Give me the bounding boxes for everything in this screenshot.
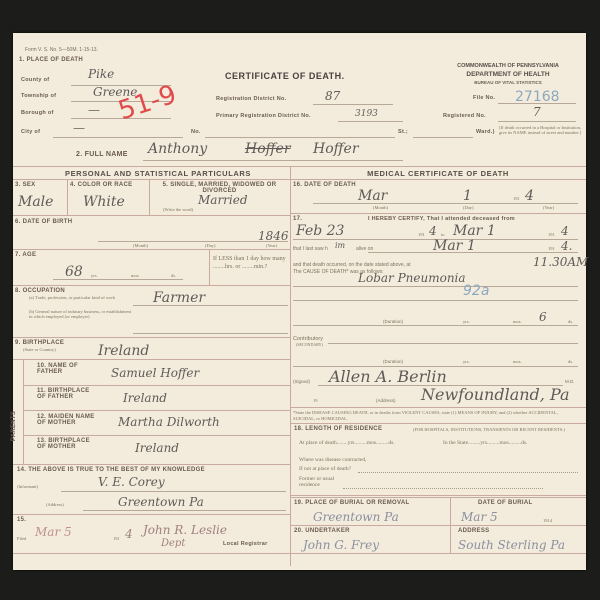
death-occurred-text: and that death occurred, on the date sta… <box>293 262 411 268</box>
registered-no-label: Registered No. <box>443 113 486 119</box>
marital-hint: (Write the word) <box>163 207 193 212</box>
sex-label: 3. SEX <box>15 182 35 188</box>
occupation-label: 8. OCCUPATION <box>15 288 65 294</box>
contributory-hint: (SECONDARY) <box>296 342 323 347</box>
year-prefix-3: 191 <box>548 246 555 251</box>
undertaker-value: John G. Frey <box>303 538 379 552</box>
personal-section-title: PERSONAL AND STATISTICAL PARTICULARS <box>33 169 283 178</box>
filed-year-suffix: 4 <box>125 527 133 541</box>
certificate-title: CERTIFICATE OF DEATH. <box>225 71 345 81</box>
registered-no-value: 7 <box>533 105 541 119</box>
duration-ds-2: ds. <box>568 359 573 364</box>
registration-district-label: Registration District No. <box>216 96 286 102</box>
death-time: 11.30AM <box>533 255 588 269</box>
father-birthplace-value: Ireland <box>123 391 167 405</box>
not-place-of-death: If not at place of death? <box>299 466 351 472</box>
local-registrar-label: Local Registrar <box>223 541 268 547</box>
father-name-value: Samuel Hoffer <box>111 366 199 380</box>
filed-number: 15. <box>17 517 26 523</box>
medical-section-title: MEDICAL CERTIFICATE OF DEATH <box>298 169 578 178</box>
mother-birthplace-label: 13. BIRTHPLACE OF MOTHER <box>37 438 97 450</box>
age-mos-label: mos. <box>131 273 140 278</box>
dod-year-label: (Year) <box>543 205 554 210</box>
duration-days: 6 <box>539 310 547 324</box>
father-name-label: 10. NAME OF FATHER <box>37 363 97 375</box>
last-saw-text: that I last saw h <box>293 246 328 252</box>
age-yrs-label: yrs. <box>91 273 98 278</box>
dod-month-label: (Month) <box>373 205 388 210</box>
dob-year-label: (Year) <box>266 243 277 248</box>
dob-year: 1846 <box>258 229 289 243</box>
race-value: White <box>83 194 125 210</box>
county-label: County of <box>21 77 49 83</box>
burial-date-label: DATE OF BURIAL <box>478 500 532 506</box>
informant-statement: 14. THE ABOVE IS TRUE TO THE BEST OF MY … <box>17 467 205 473</box>
father-birthplace-label: 11. BIRTHPLACE OF FATHER <box>37 388 97 400</box>
dod-day-label: (Day) <box>463 205 474 210</box>
background-top <box>0 0 600 33</box>
duration-ds-1: ds. <box>568 319 573 324</box>
duration-mos-2: mos. <box>513 359 522 364</box>
st-label: St.; <box>398 129 408 135</box>
filed-year-prefix: 191 <box>113 536 120 541</box>
md-label: M.D. <box>565 379 575 384</box>
year-prefix-1: 191 <box>418 232 425 237</box>
age-ds-label: ds. <box>171 273 176 278</box>
mother-birthplace-value: Ireland <box>135 441 179 455</box>
township-label: Township of <box>21 93 56 99</box>
informant-address-value: Greentown Pa <box>118 495 204 509</box>
dod-year-suffix: 4 <box>525 188 534 204</box>
duration-yrs-1: yrs. <box>463 319 470 324</box>
last-saw-him: im <box>335 241 345 250</box>
duration-label-1: (Duration) <box>383 319 403 324</box>
agency-line-2: DEPARTMENT OF HEALTH <box>433 71 583 78</box>
borough-value: — <box>88 103 100 117</box>
birthplace-hint: (State or Country) <box>23 347 56 352</box>
sex-value: Male <box>18 194 53 210</box>
dob-label: 6. DATE OF BIRTH <box>15 219 72 225</box>
registration-district-value: 87 <box>325 89 340 103</box>
physician-address-label: (Address) <box>376 398 396 403</box>
place-of-death-label: 1. PLACE OF DEATH <box>19 57 83 63</box>
duration-label-2: (Duration) <box>383 359 403 364</box>
attended-to: Mar 1 <box>453 223 496 239</box>
primary-district-label: Primary Registration District No. <box>216 113 311 119</box>
city-label: City of <box>21 129 40 135</box>
filed-date: Mar 5 <box>35 525 72 539</box>
cause-footnote: *State the DISEASE CAUSING DEATH, or in … <box>293 410 581 421</box>
form-number: Form V. S. No. 5—50M. 1-15-13. <box>25 47 98 53</box>
marital-value: Married <box>198 193 248 207</box>
county-value: Pike <box>88 67 114 81</box>
hospital-note: [If death occurred in a Hospital or Inst… <box>499 125 581 135</box>
ward-label: Ward.) <box>476 129 495 135</box>
in-the-state: In the State.........yrs.........mos....… <box>443 440 578 446</box>
residence-hint: (FOR HOSPITALS, INSTITUTIONS, TRANSIENTS… <box>413 427 578 432</box>
file-no-label: File No. <box>473 95 495 101</box>
year-19: 19 <box>313 398 318 403</box>
occupation-value: Farmer <box>153 290 205 306</box>
certify-number: 17. <box>293 216 302 222</box>
dod-label: 16. DATE OF DEATH <box>293 182 356 188</box>
attended-from-year: 4 <box>429 224 437 238</box>
mother-name-value: Martha Dilworth <box>118 415 220 429</box>
full-name-label: 2. FULL NAME <box>76 151 128 158</box>
dob-day-label: (Day) <box>205 243 216 248</box>
signed-label: (Signed) <box>293 379 310 384</box>
death-certificate: Form V. S. No. 5—50M. 1-15-13. 1. PLACE … <box>13 33 586 570</box>
last-saw-year: 4. <box>561 239 572 253</box>
burial-date-value: Mar 5 <box>461 510 498 524</box>
mother-name-label: 12. MAIDEN NAME OF MOTHER <box>37 414 97 426</box>
agency-line-1: COMMONWEALTH OF PENNSYLVANIA <box>433 63 583 69</box>
cause-value: Lobar Pneumonia <box>358 271 466 285</box>
attended-from: Feb 23 <box>296 223 344 239</box>
race-label: 4. COLOR OR RACE <box>70 182 132 188</box>
full-name-first: Anthony <box>148 141 207 157</box>
cause-code: 92a <box>463 283 489 299</box>
at-place-of-death: At place of death........yrs.........mos… <box>299 440 439 446</box>
informant-address-label: (Address) <box>46 502 64 507</box>
physician-name: Allen A. Berlin <box>329 367 447 386</box>
year-prefix-2: 191 <box>548 232 555 237</box>
filed-label: Filed <box>17 536 26 541</box>
birthplace-value: Ireland <box>98 343 149 359</box>
attended-to-year: 4 <box>561 224 569 238</box>
no-label: No. <box>191 129 201 135</box>
informant-label: (Informant) <box>17 484 38 489</box>
birthplace-label: 9. BIRTHPLACE <box>15 340 64 346</box>
parents-side-label: PARENTS <box>11 411 17 441</box>
occupation-a: (a) Trade, profession, or particular kin… <box>29 295 129 300</box>
dob-month-label: (Month) <box>133 243 148 248</box>
file-no-value: 27168 <box>515 89 560 105</box>
physician-address: Newfoundland, Pa <box>421 385 570 404</box>
dod-year-prefix: 191 <box>513 196 520 201</box>
less-than-day: If LESS than 1 day how many ........hrs.… <box>213 255 287 271</box>
burial-place-value: Greentown Pa <box>313 510 399 524</box>
duration-yrs-2: yrs. <box>463 359 470 364</box>
burial-year-value: 1914 <box>543 518 552 523</box>
age-label: 7. AGE <box>15 252 36 258</box>
primary-district-value: 3193 <box>355 109 378 119</box>
registrar-name: John R. Leslie <box>143 523 227 537</box>
dod-month: Mar <box>358 188 387 204</box>
former-residence: Former or usual residence <box>299 476 344 488</box>
registrar-note: Dept <box>161 538 185 549</box>
dod-day: 1 <box>463 188 472 204</box>
certify-text: I HEREBY CERTIFY, That I attended deceas… <box>368 216 515 222</box>
disease-contracted: Where was disease contracted, <box>299 457 367 463</box>
full-name-struck: Hoffer <box>245 141 291 157</box>
agency-line-3: BUREAU OF VITAL STATISTICS <box>433 80 583 85</box>
city-value: — <box>73 121 85 135</box>
occupation-b: (b) General nature of industry business,… <box>29 309 134 319</box>
undertaker-address-label: ADDRESS <box>458 528 489 534</box>
to-label: to <box>441 232 445 237</box>
undertaker-label: 20. UNDERTAKER <box>294 528 350 534</box>
residence-label: 18. LENGTH OF RESIDENCE <box>294 426 382 432</box>
undertaker-address-value: South Sterling Pa <box>458 538 565 552</box>
informant-value: V. E. Corey <box>98 475 165 489</box>
full-name-last: Hoffer <box>313 141 359 157</box>
age-years: 68 <box>65 264 83 280</box>
borough-label: Borough of <box>21 110 54 116</box>
duration-mos-1: mos. <box>513 319 522 324</box>
burial-place-label: 19. PLACE OF BURIAL OR REMOVAL <box>294 500 409 506</box>
